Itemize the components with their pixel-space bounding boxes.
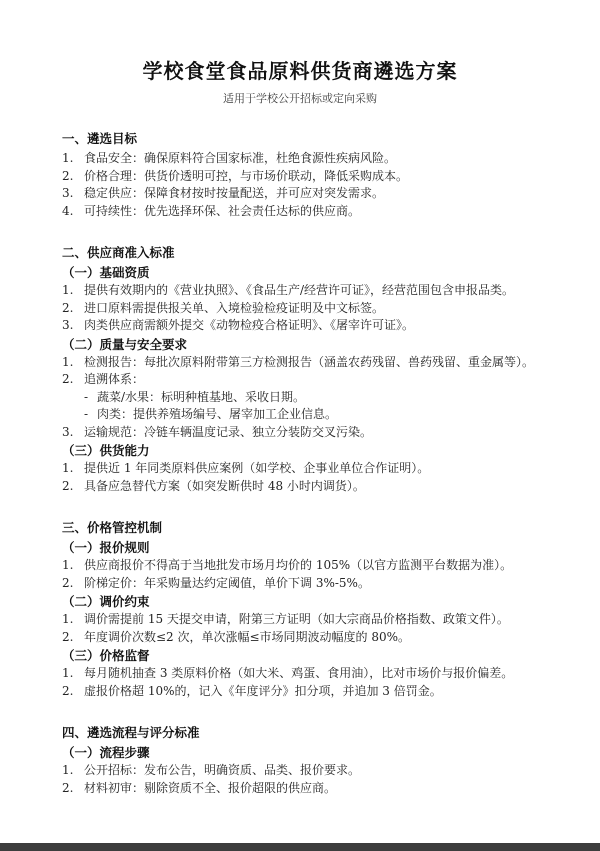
section-heading: 一、遴选目标 xyxy=(62,130,538,148)
list-item-number: 4. xyxy=(62,203,84,221)
numbered-list: 1.公开招标：发布公告，明确资质、品类、报价要求。2.材料初审：剔除资质不全、报… xyxy=(62,762,538,797)
sub-list-item: -蔬菜/水果：标明种植基地、采收日期。 xyxy=(62,389,538,407)
list-item: 1.提供近 1 年同类原料供应案例（如学校、企事业单位合作证明）。 xyxy=(62,460,538,478)
sub-heading: （二）调价约束 xyxy=(62,593,538,611)
sub-heading: （三）供货能力 xyxy=(62,442,538,460)
list-item: 1.供应商报价不得高于当地批发市场月均价的 105%（以官方监测平台数据为准）。 xyxy=(62,557,538,575)
list-item-number: 1. xyxy=(62,557,84,575)
list-item: 3.肉类供应商需额外提交《动物检疫合格证明》、《屠宰许可证》。 xyxy=(62,317,538,335)
list-item: 1.调价需提前 15 天提交申请，附第三方证明（如大宗商品价格指数、政策文件）。 xyxy=(62,611,538,629)
list-item-text: 提供近 1 年同类原料供应案例（如学校、企事业单位合作证明）。 xyxy=(84,460,538,478)
numbered-list: 1.提供近 1 年同类原料供应案例（如学校、企事业单位合作证明）。2.具备应急替… xyxy=(62,460,538,495)
numbered-list: 1.调价需提前 15 天提交申请，附第三方证明（如大宗商品价格指数、政策文件）。… xyxy=(62,611,538,646)
list-item-text: 追溯体系： xyxy=(84,371,538,389)
list-item: 1.检测报告：每批次原料附带第三方检测报告（涵盖农药残留、兽药残留、重金属等）。 xyxy=(62,354,538,372)
list-item-text: 提供有效期内的《营业执照》、《食品生产/经营许可证》，经营范围包含申报品类。 xyxy=(84,282,538,300)
sub-list-item-text: 肉类：提供养殖场编号、屠宰加工企业信息。 xyxy=(97,406,538,424)
sub-heading: （三）价格监督 xyxy=(62,647,538,665)
section-heading: 三、价格管控机制 xyxy=(62,519,538,537)
list-item-number: 2. xyxy=(62,780,84,798)
list-item-number: 1. xyxy=(62,665,84,683)
document-subtitle: 适用于学校公开招标或定向采购 xyxy=(62,91,538,106)
document-title: 学校食堂食品原料供货商遴选方案 xyxy=(62,58,538,84)
dash-marker: - xyxy=(84,406,97,424)
section-heading: 四、遴选流程与评分标准 xyxy=(62,724,538,742)
list-item: 2.虚报价格超 10%的，记入《年度评分》扣分项，并追加 3 倍罚金。 xyxy=(62,683,538,701)
list-item-text: 肉类供应商需额外提交《动物检疫合格证明》、《屠宰许可证》。 xyxy=(84,317,538,335)
list-item-text: 每月随机抽查 3 类原料价格（如大米、鸡蛋、食用油），比对市场价与报价偏差。 xyxy=(84,665,538,683)
list-item-number: 2. xyxy=(62,629,84,647)
list-item-text: 虚报价格超 10%的，记入《年度评分》扣分项，并追加 3 倍罚金。 xyxy=(84,683,538,701)
list-item-number: 1. xyxy=(62,460,84,478)
doc-section: 四、遴选流程与评分标准（一）流程步骤1.公开招标：发布公告，明确资质、品类、报价… xyxy=(62,724,538,797)
list-item: 2.阶梯定价：年采购量达约定阈值，单价下调 3%-5%。 xyxy=(62,575,538,593)
list-item: 2.进口原料需提供报关单、入境检验检疫证明及中文标签。 xyxy=(62,300,538,318)
list-item-number: 2. xyxy=(62,168,84,186)
numbered-list: 1.检测报告：每批次原料附带第三方检测报告（涵盖农药残留、兽药残留、重金属等）。… xyxy=(62,354,538,442)
list-item-number: 2. xyxy=(62,683,84,701)
list-item-number: 1. xyxy=(62,354,84,372)
doc-section: 二、供应商准入标准（一）基础资质1.提供有效期内的《营业执照》、《食品生产/经营… xyxy=(62,244,538,495)
list-item: 3.运输规范：冷链车辆温度记录、独立分装防交叉污染。 xyxy=(62,424,538,442)
list-item-text: 公开招标：发布公告，明确资质、品类、报价要求。 xyxy=(84,762,538,780)
list-item: 3.稳定供应：保障食材按时按量配送，并可应对突发需求。 xyxy=(62,185,538,203)
list-item-text: 供应商报价不得高于当地批发市场月均价的 105%（以官方监测平台数据为准）。 xyxy=(84,557,538,575)
list-item-number: 2. xyxy=(62,300,84,318)
list-item-number: 1. xyxy=(62,611,84,629)
sub-list-item: -肉类：提供养殖场编号、屠宰加工企业信息。 xyxy=(62,406,538,424)
list-item-text: 可持续性：优先选择环保、社会责任达标的供应商。 xyxy=(84,203,538,221)
list-item-text: 稳定供应：保障食材按时按量配送，并可应对突发需求。 xyxy=(84,185,538,203)
page-bottom-edge xyxy=(0,843,600,851)
list-item: 1.提供有效期内的《营业执照》、《食品生产/经营许可证》，经营范围包含申报品类。 xyxy=(62,282,538,300)
list-item-text: 具备应急替代方案（如突发断供时 48 小时内调货）。 xyxy=(84,478,538,496)
list-item: 2.材料初审：剔除资质不全、报价超限的供应商。 xyxy=(62,780,538,798)
doc-section: 三、价格管控机制（一）报价规则1.供应商报价不得高于当地批发市场月均价的 105… xyxy=(62,519,538,700)
numbered-list: 1.提供有效期内的《营业执照》、《食品生产/经营许可证》，经营范围包含申报品类。… xyxy=(62,282,538,335)
list-item-number: 2. xyxy=(62,478,84,496)
dash-marker: - xyxy=(84,389,97,407)
sub-heading: （一）报价规则 xyxy=(62,539,538,557)
list-item-number: 2. xyxy=(62,575,84,593)
list-item: 4.可持续性：优先选择环保、社会责任达标的供应商。 xyxy=(62,203,538,221)
list-item: 2.具备应急替代方案（如突发断供时 48 小时内调货）。 xyxy=(62,478,538,496)
sub-heading: （二）质量与安全要求 xyxy=(62,336,538,354)
numbered-list: 1.供应商报价不得高于当地批发市场月均价的 105%（以官方监测平台数据为准）。… xyxy=(62,557,538,592)
list-item-number: 3. xyxy=(62,317,84,335)
numbered-list: 1.每月随机抽查 3 类原料价格（如大米、鸡蛋、食用油），比对市场价与报价偏差。… xyxy=(62,665,538,700)
list-item-text: 食品安全：确保原料符合国家标准，杜绝食源性疾病风险。 xyxy=(84,150,538,168)
list-item-number: 1. xyxy=(62,150,84,168)
section-heading: 二、供应商准入标准 xyxy=(62,244,538,262)
list-item: 1.每月随机抽查 3 类原料价格（如大米、鸡蛋、食用油），比对市场价与报价偏差。 xyxy=(62,665,538,683)
list-item-text: 年度调价次数≤2 次，单次涨幅≤市场同期波动幅度的 80%。 xyxy=(84,629,538,647)
list-item-number: 2. xyxy=(62,371,84,389)
numbered-list: 1.食品安全：确保原料符合国家标准，杜绝食源性疾病风险。2.价格合理：供货价透明… xyxy=(62,150,538,220)
sub-list-item-text: 蔬菜/水果：标明种植基地、采收日期。 xyxy=(97,389,538,407)
list-item-number: 1. xyxy=(62,282,84,300)
list-item-text: 检测报告：每批次原料附带第三方检测报告（涵盖农药残留、兽药残留、重金属等）。 xyxy=(84,354,538,372)
list-item: 2.年度调价次数≤2 次，单次涨幅≤市场同期波动幅度的 80%。 xyxy=(62,629,538,647)
list-item: 1.食品安全：确保原料符合国家标准，杜绝食源性疾病风险。 xyxy=(62,150,538,168)
list-item-text: 运输规范：冷链车辆温度记录、独立分装防交叉污染。 xyxy=(84,424,538,442)
list-item-text: 调价需提前 15 天提交申请，附第三方证明（如大宗商品价格指数、政策文件）。 xyxy=(84,611,538,629)
doc-section: 一、遴选目标1.食品安全：确保原料符合国家标准，杜绝食源性疾病风险。2.价格合理… xyxy=(62,130,538,220)
sub-heading: （一）流程步骤 xyxy=(62,744,538,762)
list-item-text: 阶梯定价：年采购量达约定阈值，单价下调 3%-5%。 xyxy=(84,575,538,593)
list-item: 2.价格合理：供货价透明可控，与市场价联动，降低采购成本。 xyxy=(62,168,538,186)
document-page: 学校食堂食品原料供货商遴选方案 适用于学校公开招标或定向采购 一、遴选目标1.食… xyxy=(0,0,600,851)
list-item-number: 3. xyxy=(62,185,84,203)
list-item-number: 3. xyxy=(62,424,84,442)
list-item: 2.追溯体系： xyxy=(62,371,538,389)
list-item-text: 进口原料需提供报关单、入境检验检疫证明及中文标签。 xyxy=(84,300,538,318)
list-item: 1.公开招标：发布公告，明确资质、品类、报价要求。 xyxy=(62,762,538,780)
list-item-text: 价格合理：供货价透明可控，与市场价联动，降低采购成本。 xyxy=(84,168,538,186)
list-item-text: 材料初审：剔除资质不全、报价超限的供应商。 xyxy=(84,780,538,798)
document-sections: 一、遴选目标1.食品安全：确保原料符合国家标准，杜绝食源性疾病风险。2.价格合理… xyxy=(62,130,538,797)
sub-heading: （一）基础资质 xyxy=(62,264,538,282)
list-item-number: 1. xyxy=(62,762,84,780)
